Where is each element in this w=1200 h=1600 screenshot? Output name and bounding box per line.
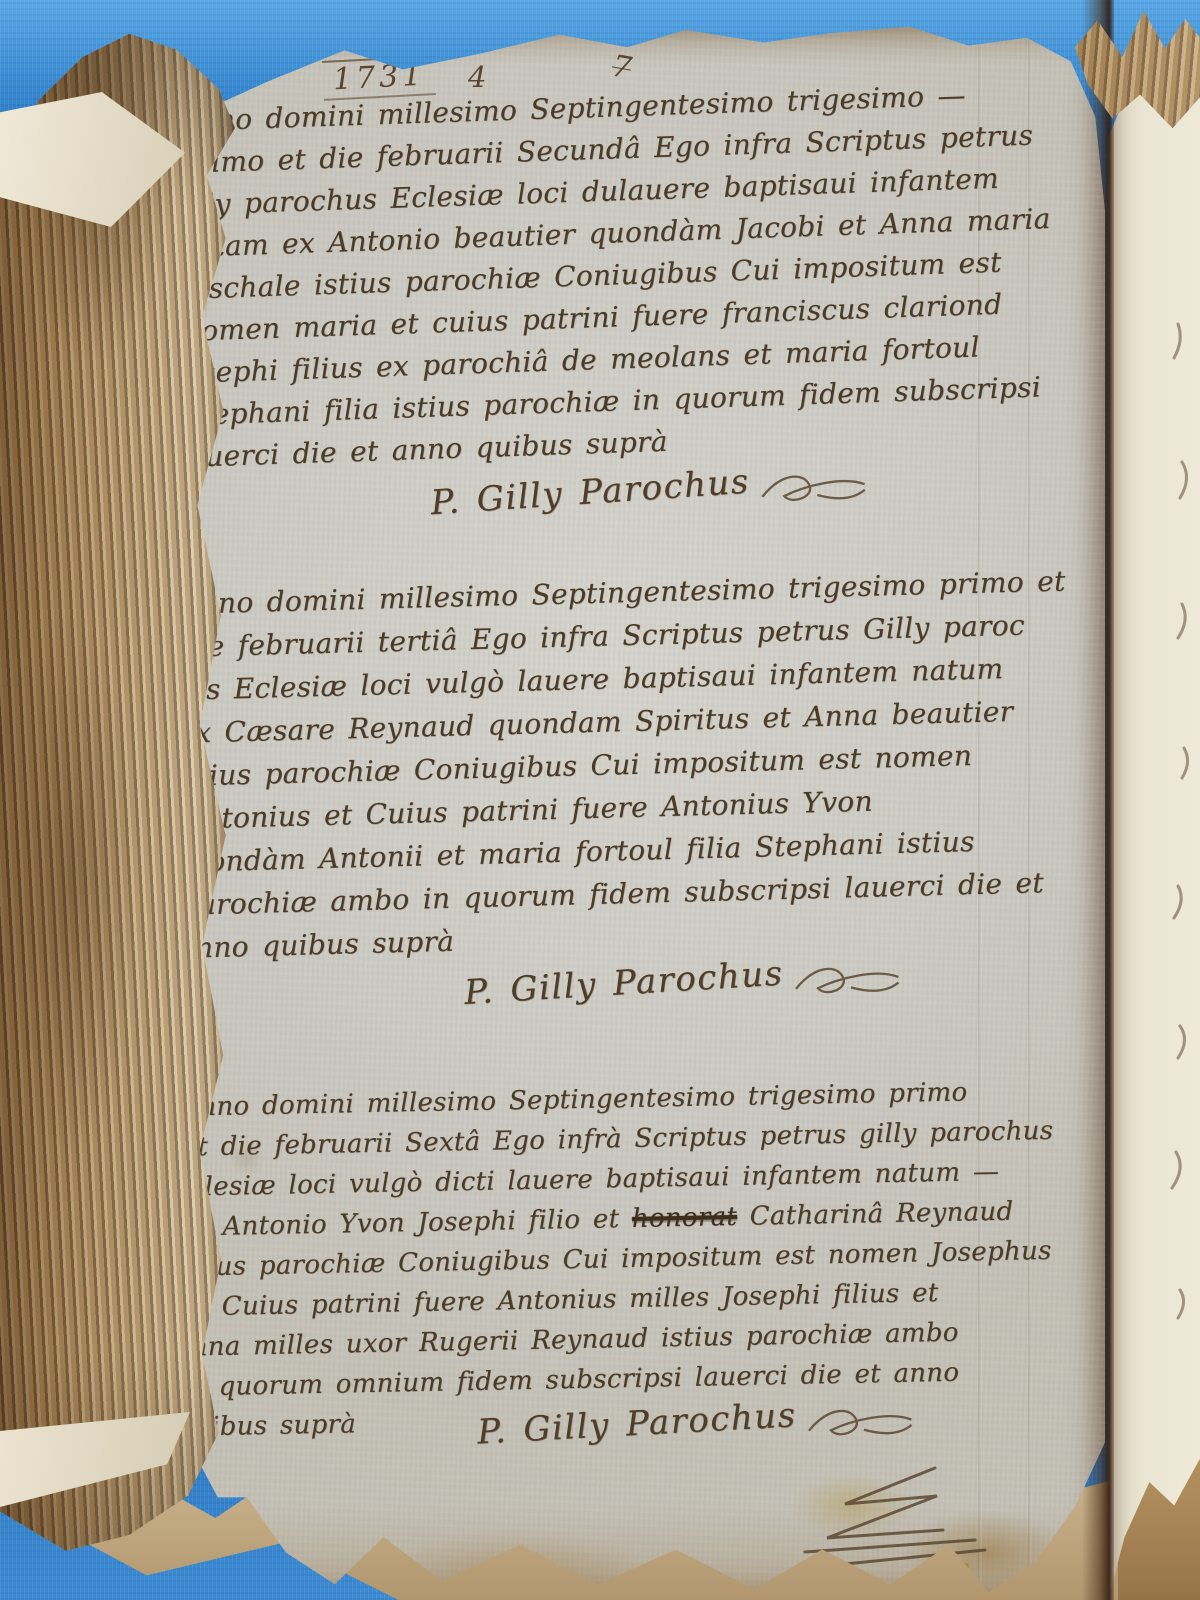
priest-signature: P. Gilly Parochus xyxy=(476,1395,797,1452)
tatter-shading xyxy=(0,18,235,1590)
signature-flourish-icon xyxy=(757,460,868,510)
baptism-record-1: Anno domini millesimo Septingentesimo tr… xyxy=(167,69,1092,529)
signature-flourish-icon xyxy=(791,953,902,1002)
manuscript-photo: 1731 4 7 Anno domini millesimo Septingen… xyxy=(0,0,1200,1600)
register-page: 1731 4 7 Anno domini millesimo Septingen… xyxy=(130,22,1105,1600)
record-lines: Anno domini millesimo Septingentesimo tr… xyxy=(171,1069,1089,1447)
folio-mark: 7 xyxy=(609,49,634,87)
facing-page-ink-traces-icon xyxy=(1108,28,1200,1600)
facing-page-edge xyxy=(1108,28,1200,1600)
priest-signature: P. Gilly Parochus xyxy=(429,461,751,525)
baptism-record-3: Anno domini millesimo Septingentesimo tr… xyxy=(171,1069,1089,1455)
record-lines: Anno domini millesimo Septingentesimo tr… xyxy=(168,558,1089,970)
record-lines: Anno domini millesimo Septingentesimo tr… xyxy=(167,69,1090,479)
signature-flourish-icon xyxy=(804,1396,915,1444)
priest-signature: P. Gilly Parochus xyxy=(463,952,785,1014)
tattered-page-edges xyxy=(0,18,235,1590)
baptism-record-2: Anno domini millesimo Septingentesimo tr… xyxy=(168,558,1090,1018)
struck-out-word: honorat xyxy=(632,1202,738,1234)
